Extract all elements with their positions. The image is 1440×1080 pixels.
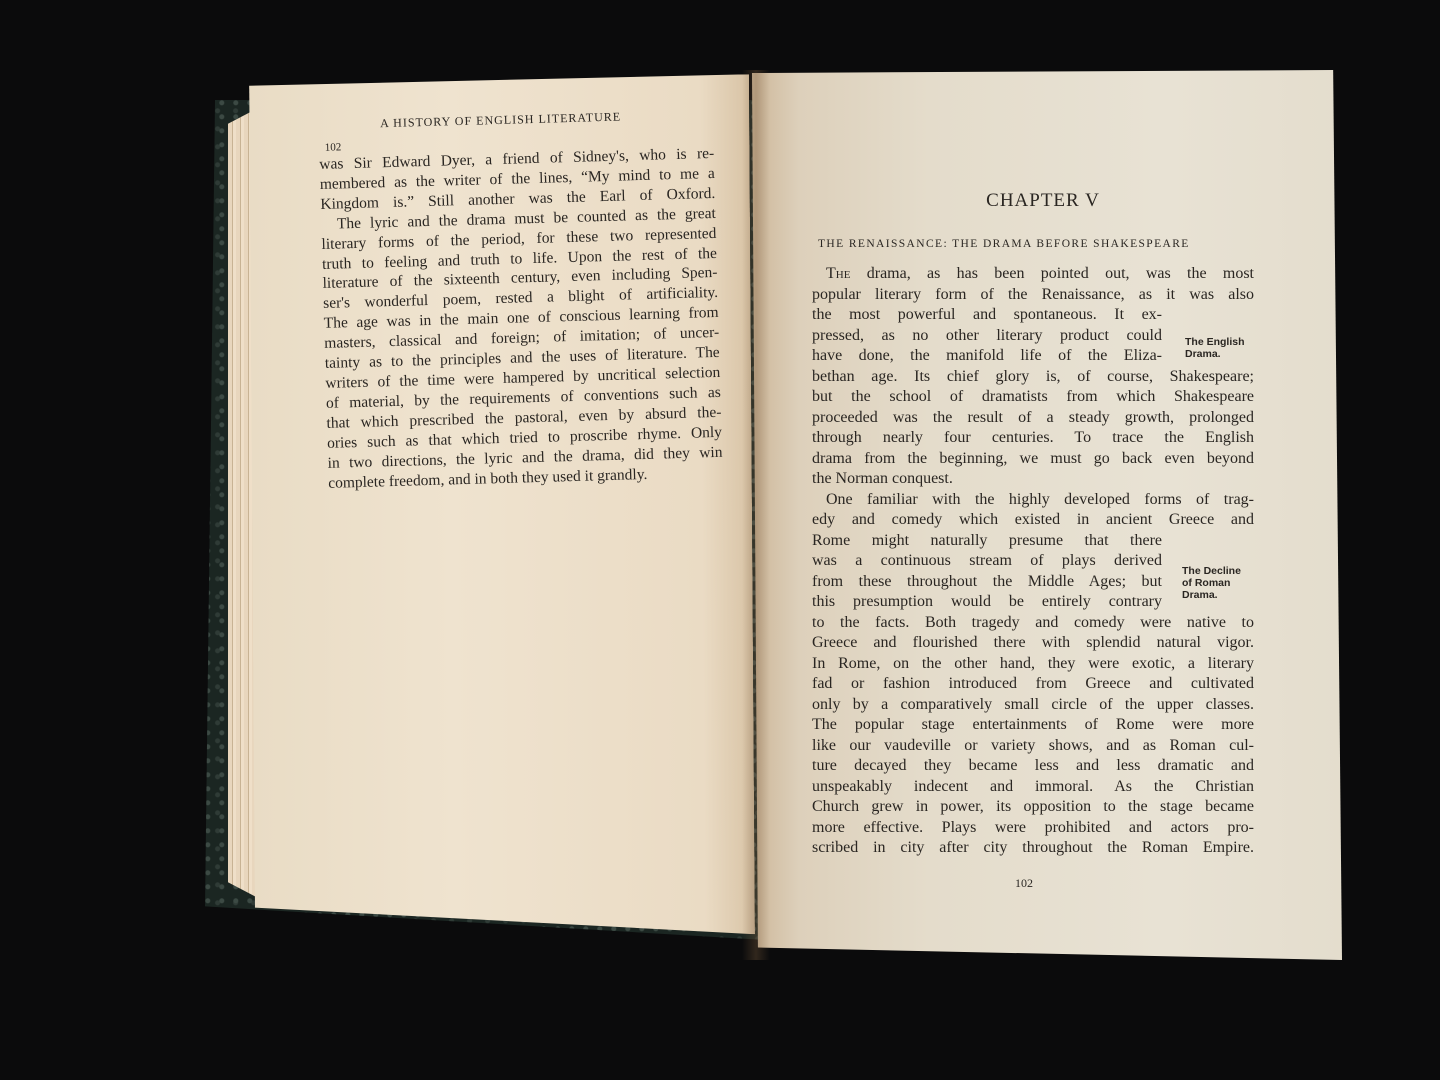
text-line: pressed, as no other literary product co… (812, 326, 1162, 347)
text-line: this presumption would be entirely contr… (812, 592, 1162, 613)
left-page-number: 102 (325, 141, 342, 153)
text-line: bethan age. Its chief glory is, of cours… (812, 367, 1254, 388)
text-line: have done, the manifold life of the Eliz… (812, 346, 1162, 367)
right-page-number: 102 (1015, 876, 1033, 891)
text-line: to the facts. Both tragedy and comedy we… (812, 613, 1254, 634)
right-page-text: CHAPTER V THE RENAISSANCE: THE DRAMA BEF… (812, 190, 1254, 859)
text-line: only by a comparatively small circle of … (812, 695, 1254, 716)
text-line: scribed in city after city throughout th… (812, 838, 1254, 859)
text-line: was a continuous stream of plays derived (812, 551, 1162, 572)
text-line: the Norman conquest. (812, 469, 1254, 490)
text-line: proceeded was the result of a steady gro… (812, 408, 1254, 429)
text-line: In Rome, on the other hand, they were ex… (812, 654, 1254, 675)
text-line: unspeakably indecent and immoral. As the… (812, 777, 1254, 798)
text-line: like our vaudeville or variety shows, an… (812, 736, 1254, 757)
text-line: ture decayed they became less and less d… (812, 756, 1254, 777)
text-line: but the school of dramatists from which … (812, 387, 1254, 408)
text-line: fad or fashion introduced from Greece an… (812, 674, 1254, 695)
left-page-text: A HISTORY OF ENGLISH LITERATURE 102 was … (318, 107, 723, 493)
text-line: popular literary form of the Renaissance… (812, 285, 1254, 306)
left-body: was Sir Edward Dyer, a friend of Sidney'… (319, 144, 723, 493)
text-line: edy and comedy which existed in ancient … (812, 510, 1254, 531)
drop-word: The (826, 265, 850, 282)
text-line: The drama, as has been pointed out, was … (812, 264, 1254, 285)
book-gutter (742, 70, 770, 960)
text-line: through nearly four centuries. To trace … (812, 428, 1254, 449)
text-line: One familiar with the highly developed f… (812, 490, 1254, 511)
text-line: more effective. Plays were prohibited an… (812, 818, 1254, 839)
sidenote-decline-roman-drama: The Decline of Roman Drama. (1182, 565, 1241, 601)
chapter-subtitle: THE RENAISSANCE: THE DRAMA BEFORE SHAKES… (818, 238, 1254, 250)
text-line: drama from the beginning, we must go bac… (812, 449, 1254, 470)
chapter-heading: CHAPTER V (832, 190, 1254, 212)
text-line: The popular stage entertainments of Rome… (812, 715, 1254, 736)
book-photo: A HISTORY OF ENGLISH LITERATURE 102 was … (0, 0, 1440, 1080)
sidenote-english-drama: The English Drama. (1185, 336, 1245, 360)
text-line: from these throughout the Middle Ages; b… (812, 572, 1162, 593)
text-line: Rome might naturally presume that there (812, 531, 1162, 552)
text-line: Church grew in power, its opposition to … (812, 797, 1254, 818)
text-line: the most powerful and spontaneous. It ex… (812, 305, 1162, 326)
text-line: Greece and flourished there with splendi… (812, 633, 1254, 654)
